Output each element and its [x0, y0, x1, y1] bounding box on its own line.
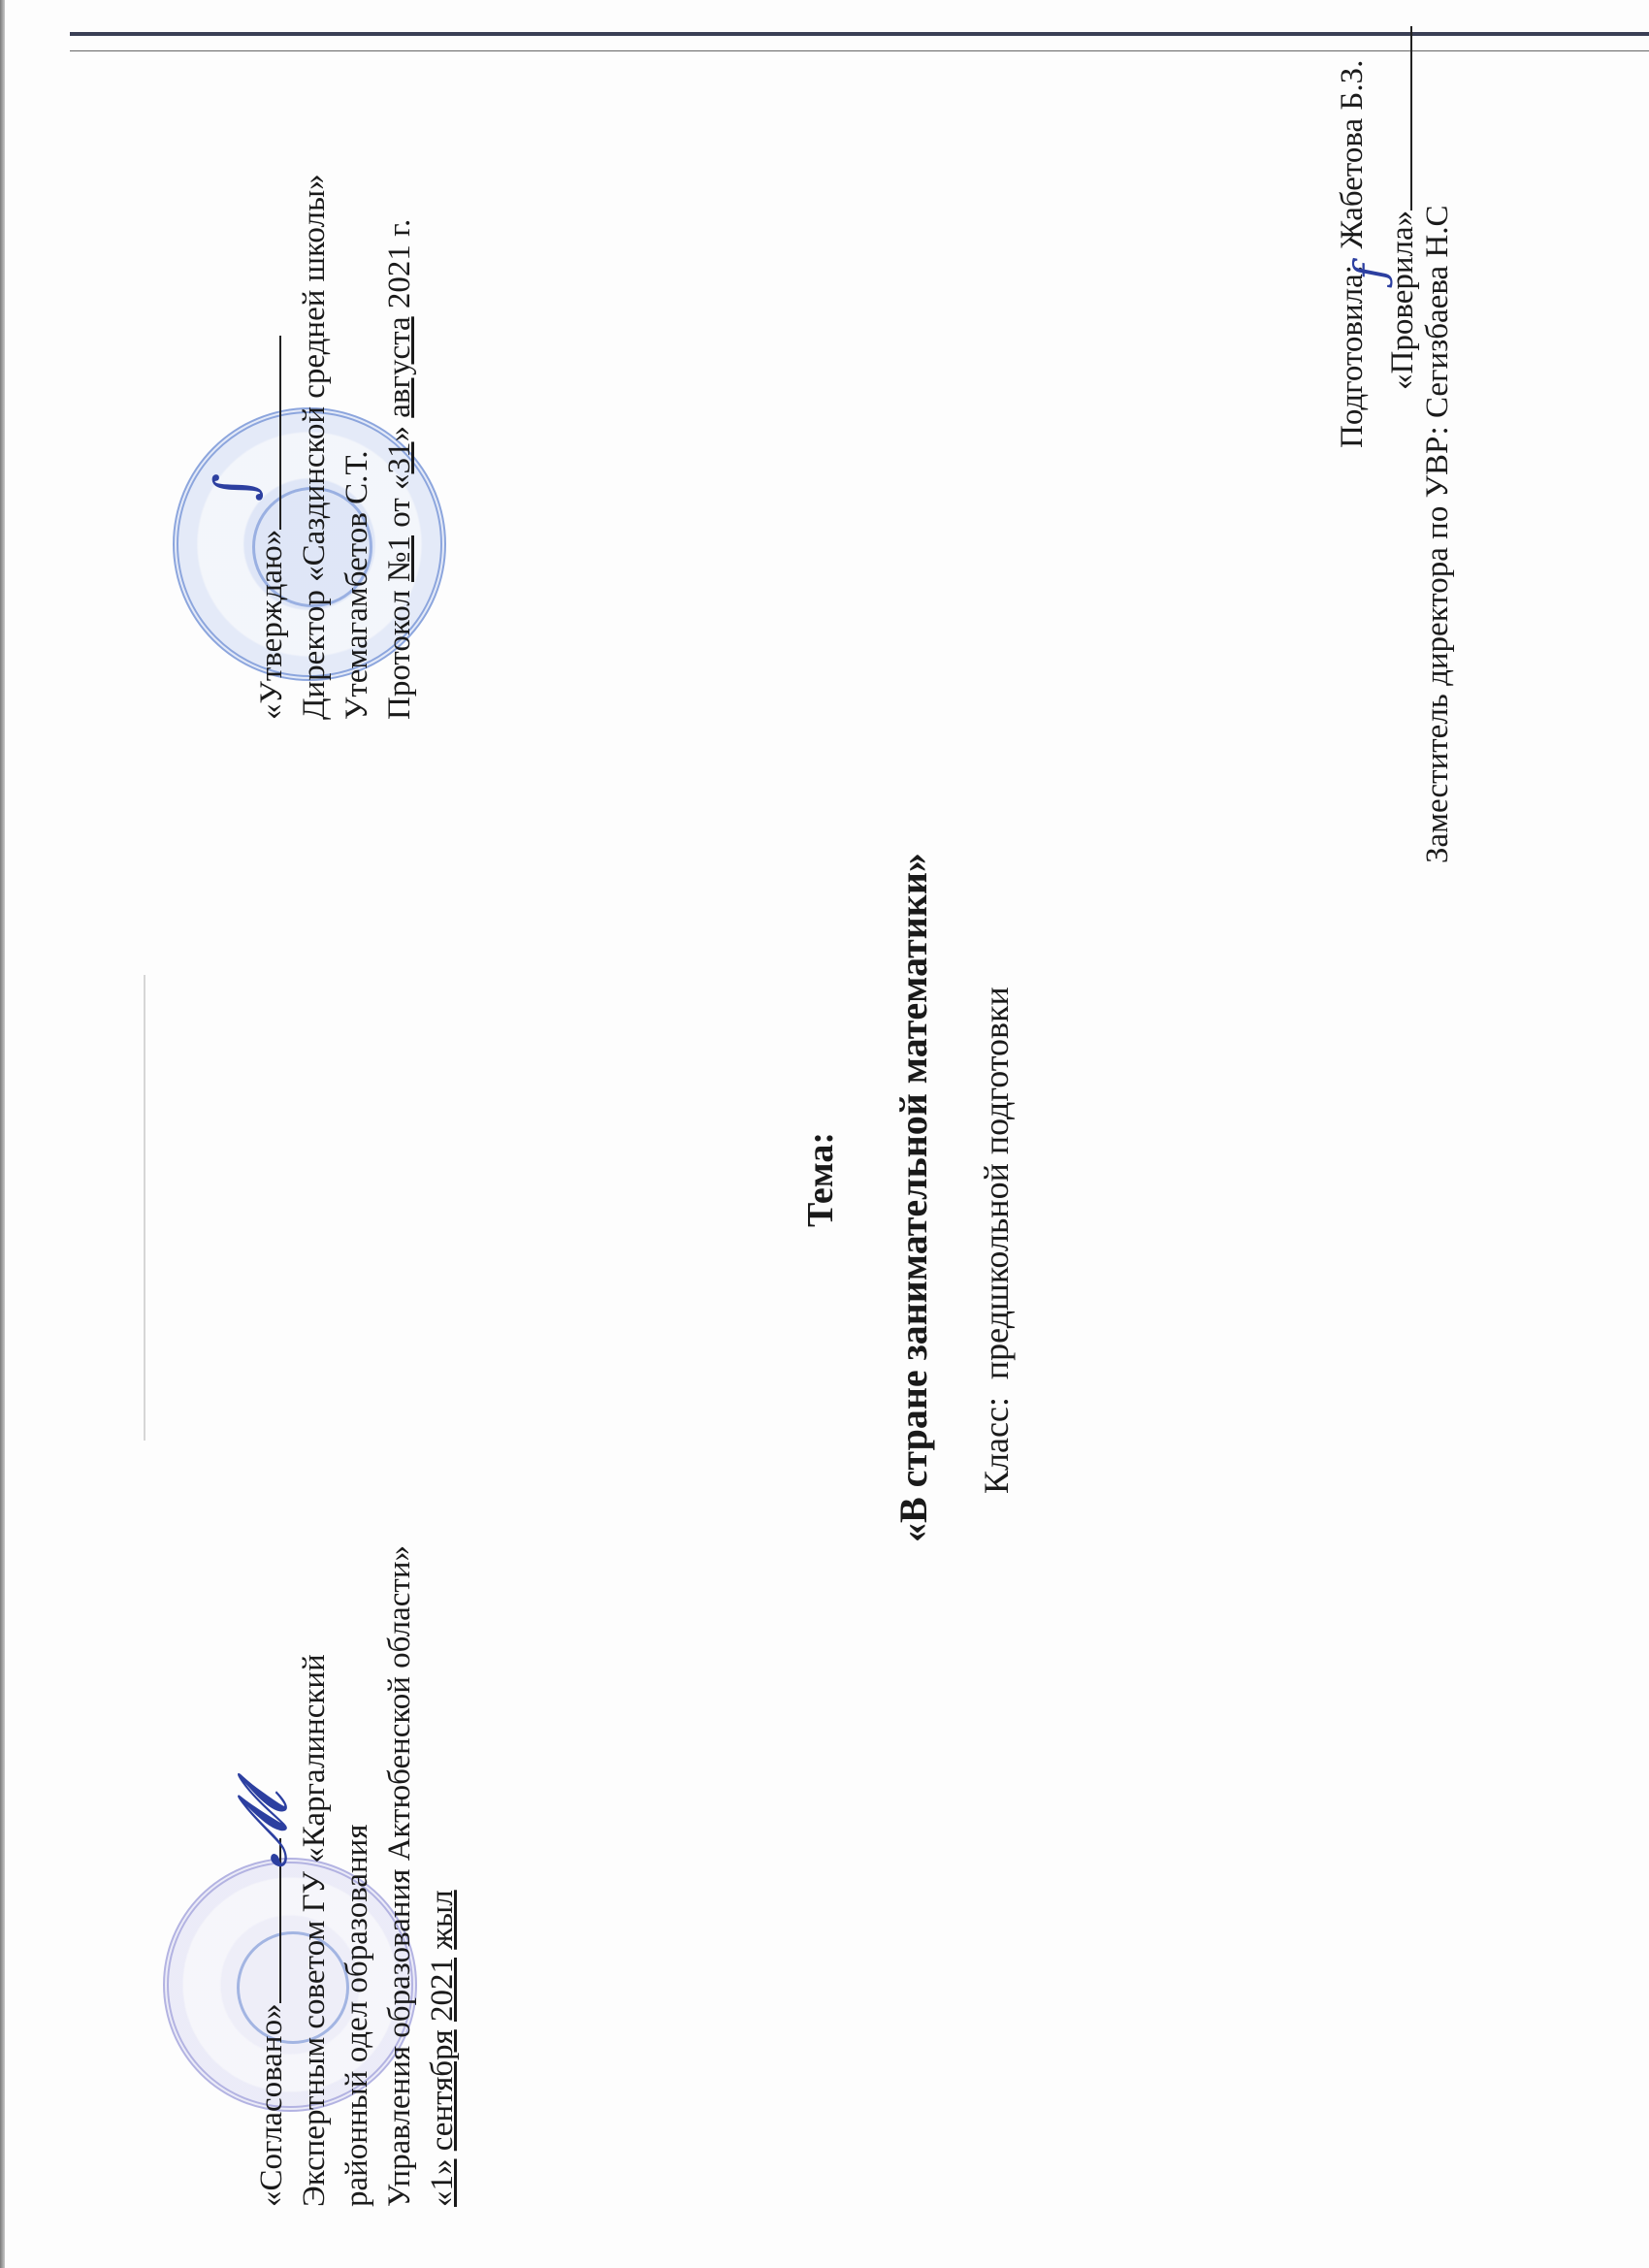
director-signature: ∫: [204, 473, 267, 502]
agreed-date: «1» сентября 2021 жыл: [421, 1890, 465, 2207]
deputy-signature: ƒ: [1346, 264, 1396, 279]
topic-label: Тема:: [799, 1132, 842, 1227]
scan-edge: [0, 0, 5, 2268]
signature-line: [1381, 26, 1412, 211]
prepared-line: Подготовила: Жабетова Б.З.: [1331, 60, 1374, 448]
agreed-header: «Согласовано»: [250, 1838, 294, 2207]
agreed-line-1: Экспертным советом ГУ «Каргалинский: [293, 1654, 337, 2207]
topic-title: «В стране занимательной математики»: [890, 853, 936, 1542]
class-line: Класс: предшкольной подготовки: [976, 987, 1017, 1494]
approval-protocol: Протокол №1 от «31» августа 2021 г.: [378, 219, 422, 720]
deputy-line: Заместитель директора по УВР: Сегизбаева…: [1416, 206, 1460, 863]
approval-director: Директор «Саздинской средней школы»: [293, 174, 337, 720]
agreed-line-3: Управления образования Актюбенской облас…: [378, 1545, 422, 2207]
agreed-line-2: районный одел образования: [336, 1825, 379, 2208]
scan-artifact: [144, 975, 145, 1441]
approval-header: «Утверждаю»: [250, 336, 294, 720]
council-signature: 𝓜: [223, 1792, 304, 1867]
approval-block: «Утверждаю»: [250, 336, 294, 720]
approval-name: Утемагамбетов С.Т.: [336, 451, 379, 721]
